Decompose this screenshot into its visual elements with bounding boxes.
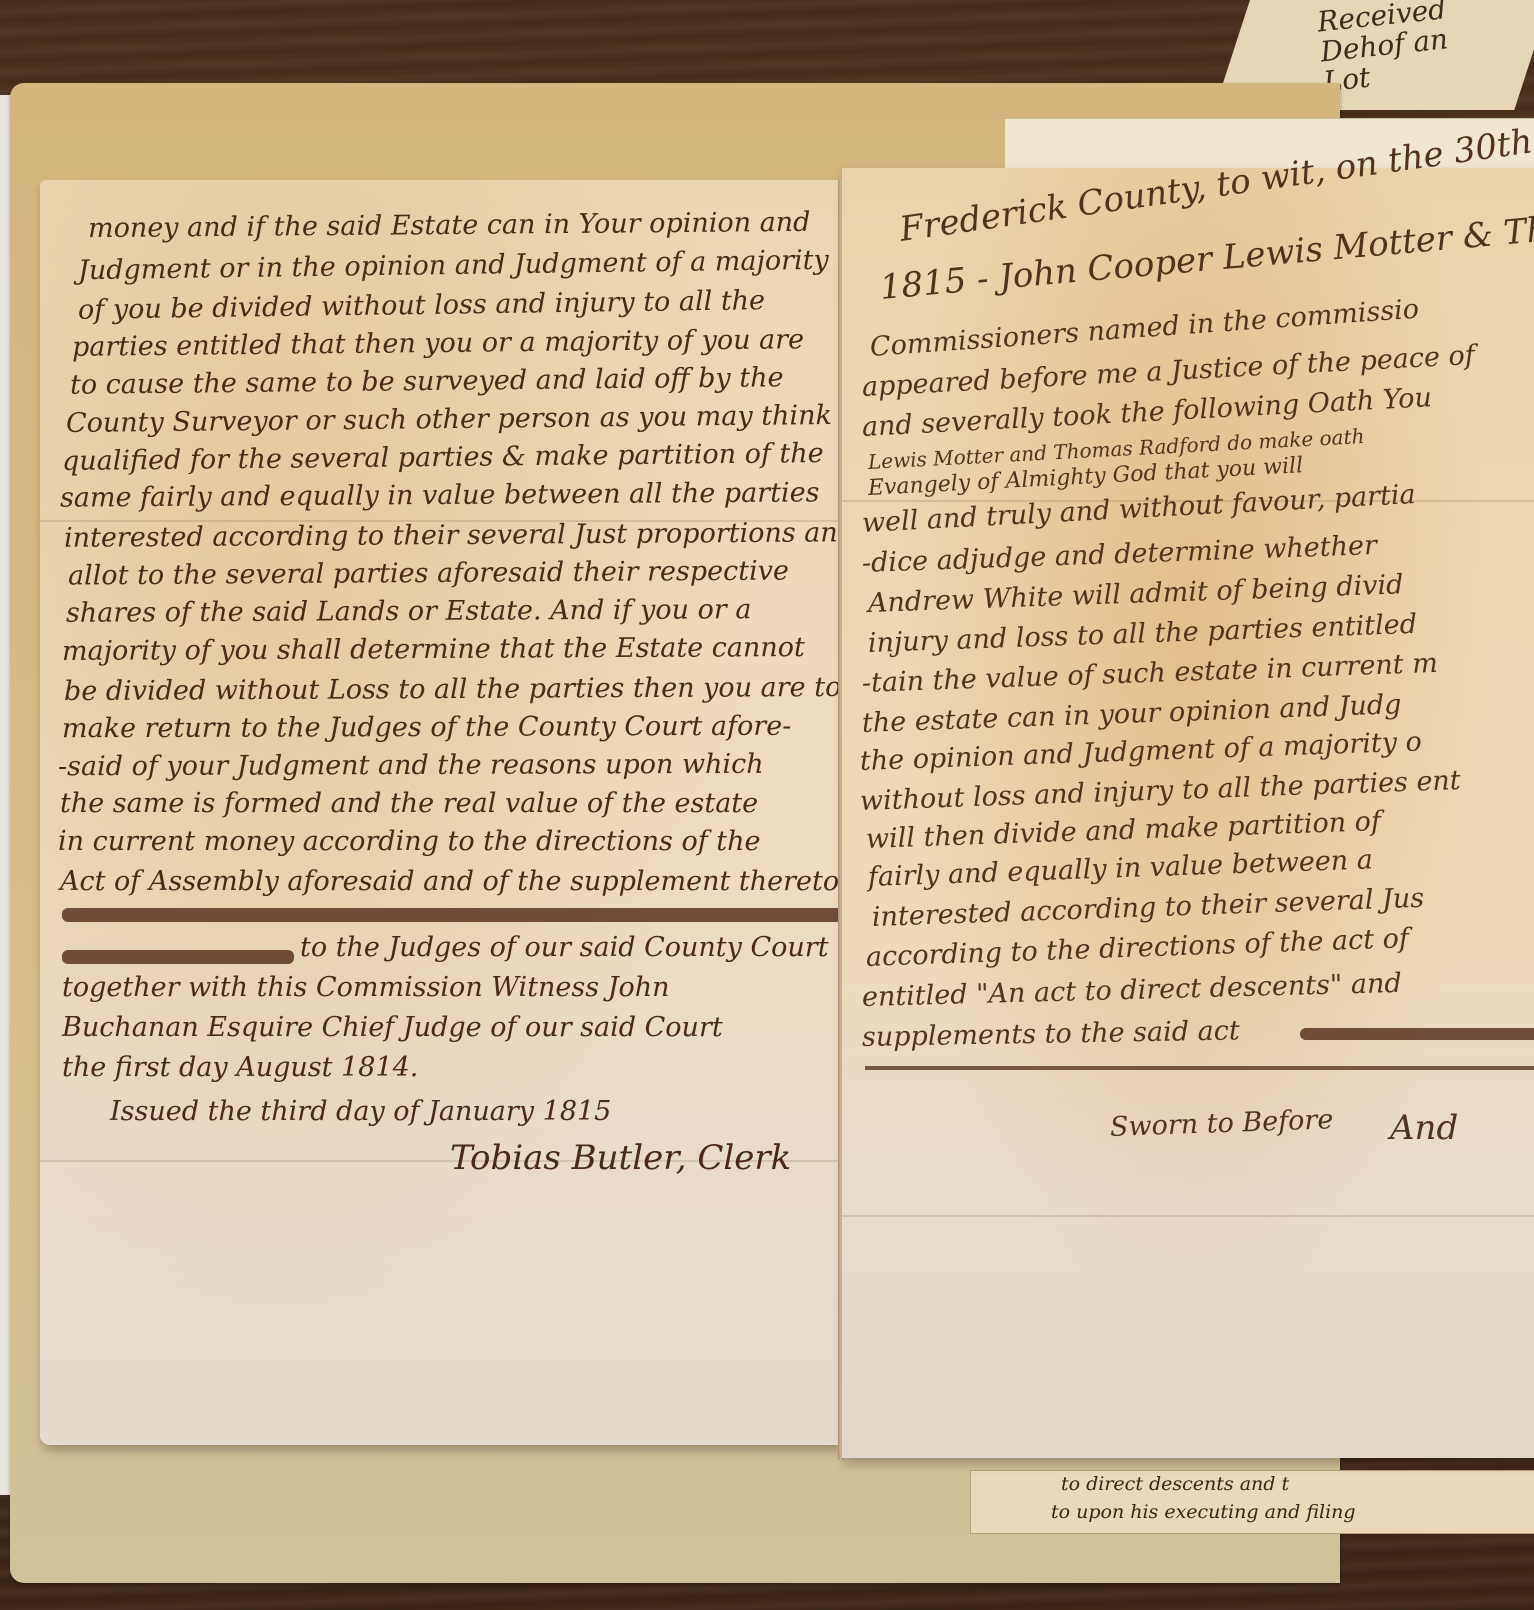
text-line: shares of the said Lands or Estate. And … (66, 594, 752, 629)
text-line: interested according to their several Ju… (64, 517, 855, 554)
bottom-document-slip: to direct descents and t to upon his exe… (970, 1470, 1534, 1534)
issued-date-line: Issued the third day of January 1815 (110, 1096, 611, 1127)
slip-line-2: to upon his executing and filing (1051, 1501, 1356, 1523)
text-line: in current money according to the direct… (58, 826, 761, 857)
justice-signature: And (1390, 1108, 1458, 1148)
clerk-signature: Tobias Butler, Clerk (450, 1138, 791, 1178)
text-line: be divided without Loss to all the parti… (64, 672, 841, 707)
text-line: together with this Commission Witness Jo… (62, 972, 670, 1003)
text-line: Act of Assembly aforesaid and of the sup… (60, 866, 839, 897)
text-line: make return to the Judges of the County … (62, 711, 791, 745)
text-line: supplements to the said act (862, 1015, 1240, 1053)
struck-through-word (62, 950, 294, 964)
text-line: the same is formed and the real value of… (60, 788, 758, 819)
slip-line-1: to direct descents and t (1061, 1473, 1289, 1495)
text-line: allot to the several parties aforesaid t… (68, 555, 789, 591)
struck-through-line (62, 908, 842, 922)
struck-through-line (865, 1066, 1534, 1070)
text-line: -said of your Judgment and the reasons u… (58, 749, 764, 782)
text-line: majority of you shall determine that the… (62, 632, 805, 667)
fold-crease (842, 1215, 1534, 1217)
text-line: money and if the said Estate can in Your… (88, 207, 811, 244)
text-line: to the Judges of our said County Court (300, 932, 829, 963)
text-line: the first day August 1814. (62, 1052, 418, 1083)
text-line: Buchanan Esquire Chief Judge of our said… (62, 1012, 723, 1043)
text-line: same fairly and equally in value between… (60, 477, 820, 513)
struck-through-word (1300, 1028, 1534, 1040)
